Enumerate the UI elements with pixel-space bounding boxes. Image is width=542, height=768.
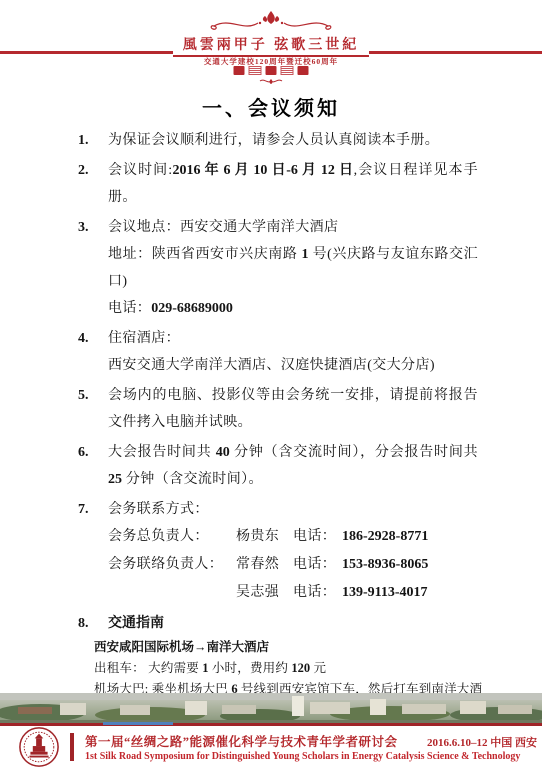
- text-segment: 25: [108, 472, 122, 487]
- contact-role: 会务联络负责人：: [108, 551, 236, 579]
- item-number: 4.: [78, 325, 108, 379]
- phone-number: 153-8936-8065: [342, 551, 428, 579]
- text-line: 西安咸阳国际机场→南洋大酒店: [94, 637, 506, 658]
- footer-vertical-bar: [70, 733, 74, 761]
- text-segment: 会场内的电脑、投影仪等由会务统一安排，请提前将报告文件拷入电脑并试映。: [108, 388, 478, 430]
- anniversary-slogan: 風雲兩甲子 弦歌三世紀: [173, 34, 370, 57]
- handbook-page: 風雲兩甲子 弦歌三世紀 交通大学建校120周年暨迁校60周年 一、会议须知 1.…: [0, 0, 542, 768]
- contact-row: 吴志强电话：139-9113-4017: [108, 579, 478, 607]
- contact-name: 常春然: [236, 551, 293, 579]
- contact-role: [108, 579, 236, 607]
- phone-label: 电话：: [293, 579, 342, 607]
- notice-item: 7.会务联系方式：会务总负责人：杨贵东电话：186-2928-8771会务联络负…: [78, 496, 490, 607]
- item-number: 1.: [78, 127, 108, 154]
- symposium-title-en: 1st Silk Road Symposium for Distinguishe…: [85, 751, 537, 762]
- text-segment: 029-68689000: [151, 301, 233, 316]
- text-segment: 会务联系方式：: [108, 502, 209, 517]
- text-line: 会议时间:2016 年 6 月 10 日-6 月 12 日,会议日程详见本手册。: [108, 157, 478, 211]
- seal-stamp-icon: [249, 66, 262, 75]
- seal-stamp-icon: [281, 66, 294, 75]
- item-body: 会务联系方式：会务总负责人：杨贵东电话：186-2928-8771会务联络负责人…: [108, 496, 478, 607]
- item-body: 会议地点：西安交通大学南洋大酒店地址：陕西省西安市兴庆南路 1 号(兴庆路与友谊…: [108, 214, 478, 322]
- text-segment: 会议时间:: [108, 163, 173, 178]
- text-segment: 出租车： 大约需要: [94, 661, 202, 675]
- item-body: 会场内的电脑、投影仪等由会务统一安排，请提前将报告文件拷入电脑并试映。: [108, 382, 478, 436]
- contact-role: 会务总负责人：: [108, 523, 236, 551]
- text-segment: 1: [302, 247, 309, 262]
- text-segment: 大会报告时间共: [108, 445, 216, 460]
- seal-stamp-icon: [298, 66, 309, 75]
- text-line: 会议地点：西安交通大学南洋大酒店: [108, 214, 478, 241]
- item-number: 5.: [78, 382, 108, 436]
- item-body: 大会报告时间共 40 分钟（含交流时间），分会报告时间共 25 分钟（含交流时间…: [108, 439, 478, 493]
- item-body: 住宿酒店：西安交通大学南洋大酒店、汉庭快捷酒店(交大分店): [108, 325, 478, 379]
- item-body: 会议时间:2016 年 6 月 10 日-6 月 12 日,会议日程详见本手册。: [108, 157, 478, 211]
- university-seal-icon: [18, 726, 60, 768]
- footer-blue-accent: [103, 722, 173, 725]
- footer-divider: [0, 723, 542, 726]
- text-line: 地址：陕西省西安市兴庆南路 1 号(兴庆路与友谊东路交汇口): [108, 241, 478, 295]
- notice-item: 6.大会报告时间共 40 分钟（含交流时间），分会报告时间共 25 分钟（含交流…: [78, 439, 490, 493]
- text-segment: 地址：陕西省西安市兴庆南路: [108, 247, 302, 262]
- footer-text: 第一届“丝绸之路”能源催化科学与技术青年学者研讨会 2016.6.10–12 中…: [85, 732, 542, 762]
- item-number: 6.: [78, 439, 108, 493]
- text-segment: 120: [291, 661, 310, 675]
- notice-item: 1.为保证会议顺利进行，请参会人员认真阅读本手册。: [78, 127, 490, 154]
- text-line: 西安交通大学南洋大酒店、汉庭快捷酒店(交大分店): [108, 352, 478, 379]
- mini-flourish-icon: [258, 77, 284, 86]
- text-line: 住宿酒店：: [108, 325, 478, 352]
- text-segment: 40: [216, 445, 230, 460]
- text-line: 会务联系方式：: [108, 496, 478, 523]
- page-footer: 第一届“丝绸之路”能源催化科学与技术青年学者研讨会 2016.6.10–12 中…: [0, 693, 542, 768]
- phone-label: 电话：: [293, 551, 342, 579]
- phone-label: 电话：: [293, 523, 342, 551]
- text-line: 出租车： 大约需要 1 小时，费用约 120 元: [94, 658, 506, 679]
- phone-number: 186-2928-8771: [342, 523, 428, 551]
- item-number: 2.: [78, 157, 108, 211]
- text-segment: 分钟（含交流时间）。: [122, 472, 263, 487]
- text-line: 会场内的电脑、投影仪等由会务统一安排，请提前将报告文件拷入电脑并试映。: [108, 382, 478, 436]
- text-segment: 电话：: [108, 301, 151, 316]
- text-segment: 西安交通大学南洋大酒店、汉庭快捷酒店(交大分店): [108, 358, 435, 373]
- text-segment: 为保证会议顺利进行，请参会人员认真阅读本手册。: [108, 133, 439, 148]
- text-line: 大会报告时间共 40 分钟（含交流时间），分会报告时间共 25 分钟（含交流时间…: [108, 439, 478, 493]
- symposium-date-place: 2016.6.10–12 中国 西安: [427, 734, 537, 750]
- text-segment: 住宿酒店：: [108, 331, 180, 346]
- seal-stamp-icon: [234, 66, 245, 75]
- item-number: 7.: [78, 496, 108, 607]
- contact-name: 吴志强: [236, 579, 293, 607]
- text-line: 交通指南: [108, 610, 478, 637]
- anniversary-seals: [234, 66, 309, 75]
- symposium-title-cn: 第一届“丝绸之路”能源催化科学与技术青年学者研讨会: [85, 732, 398, 750]
- page-title: 一、会议须知: [0, 92, 542, 121]
- notice-item: 3.会议地点：西安交通大学南洋大酒店地址：陕西省西安市兴庆南路 1 号(兴庆路与…: [78, 214, 490, 322]
- notice-item: 4.住宿酒店：西安交通大学南洋大酒店、汉庭快捷酒店(交大分店): [78, 325, 490, 379]
- item-number: 3.: [78, 214, 108, 322]
- phone-number: 139-9113-4017: [342, 579, 428, 607]
- contact-row: 会务总负责人：杨贵东电话：186-2928-8771: [108, 523, 478, 551]
- campus-photo: [0, 693, 542, 723]
- footer-banner: 第一届“丝绸之路”能源催化科学与技术青年学者研讨会 2016.6.10–12 中…: [0, 726, 542, 768]
- contact-row: 会务联络负责人：常春然电话：153-8936-8065: [108, 551, 478, 579]
- notice-item: 2.会议时间:2016 年 6 月 10 日-6 月 12 日,会议日程详见本手…: [78, 157, 490, 211]
- text-line: 为保证会议顺利进行，请参会人员认真阅读本手册。: [108, 127, 478, 154]
- text-segment: 西安咸阳国际机场→南洋大酒店: [94, 640, 269, 654]
- notice-list: 1.为保证会议顺利进行，请参会人员认真阅读本手册。2.会议时间:2016 年 6…: [78, 127, 490, 745]
- contact-name: 杨贵东: [236, 523, 293, 551]
- text-segment: 小时，费用约: [209, 661, 292, 675]
- flourish-icon: [196, 8, 346, 36]
- item-body: 为保证会议顺利进行，请参会人员认真阅读本手册。: [108, 127, 478, 154]
- text-segment: 2016 年 6 月 10 日-6 月 12 日: [173, 163, 354, 178]
- notice-item: 5.会场内的电脑、投影仪等由会务统一安排，请提前将报告文件拷入电脑并试映。: [78, 382, 490, 436]
- text-line: 电话：029-68689000: [108, 295, 478, 322]
- text-segment: 交通指南: [108, 616, 164, 631]
- seal-stamp-icon: [266, 66, 277, 75]
- text-segment: 分钟（含交流时间），分会报告时间共: [230, 445, 478, 460]
- text-segment: 会议地点：西安交通大学南洋大酒店: [108, 220, 338, 235]
- text-segment: 元: [310, 661, 326, 675]
